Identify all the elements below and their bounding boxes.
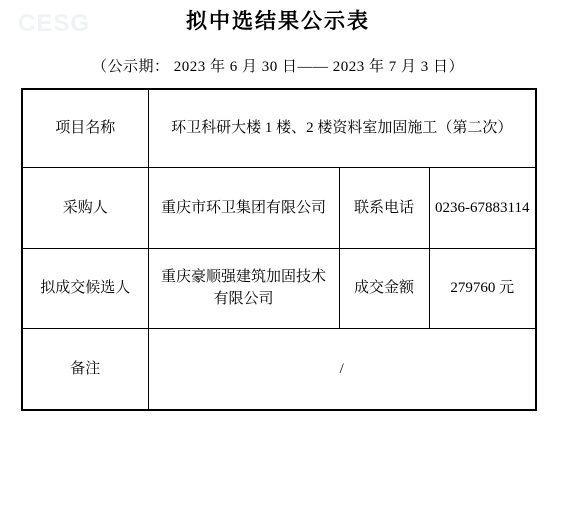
contact-phone-label: 联系电话	[339, 167, 429, 248]
table-row-candidate: 拟成交候选人 重庆豪顺强建筑加固技术 有限公司 成交金额 279760 元	[22, 248, 536, 328]
publicity-period-subtitle: （公示期： 2023 年 6 月 30 日—— 2023 年 7 月 3 日）	[21, 57, 535, 77]
purchaser-value: 重庆市环卫集团有限公司	[148, 167, 339, 248]
page-title: 拟中选结果公示表	[21, 0, 535, 35]
candidate-label: 拟成交候选人	[22, 248, 148, 328]
watermark-text: CESG	[18, 10, 90, 38]
remarks-value: /	[148, 328, 536, 410]
deal-amount-value: 279760 元	[429, 248, 536, 328]
contact-phone-value: 0236-67883114	[429, 167, 536, 248]
project-name-label: 项目名称	[22, 89, 148, 167]
table-row-project: 项目名称 环卫科研大楼 1 楼、2 楼资料室加固施工（第二次）	[22, 89, 536, 167]
table-row-remarks: 备注 /	[22, 328, 536, 410]
table-row-purchaser: 采购人 重庆市环卫集团有限公司 联系电话 0236-67883114	[22, 167, 536, 248]
results-table: 项目名称 环卫科研大楼 1 楼、2 楼资料室加固施工（第二次） 采购人 重庆市环…	[21, 88, 537, 411]
remarks-label: 备注	[22, 328, 148, 410]
purchaser-label: 采购人	[22, 167, 148, 248]
project-name-value: 环卫科研大楼 1 楼、2 楼资料室加固施工（第二次）	[148, 89, 536, 167]
deal-amount-label: 成交金额	[339, 248, 429, 328]
announcement-page: CESG 拟中选结果公示表 （公示期： 2023 年 6 月 30 日—— 20…	[0, 0, 575, 532]
candidate-value: 重庆豪顺强建筑加固技术 有限公司	[148, 248, 339, 328]
